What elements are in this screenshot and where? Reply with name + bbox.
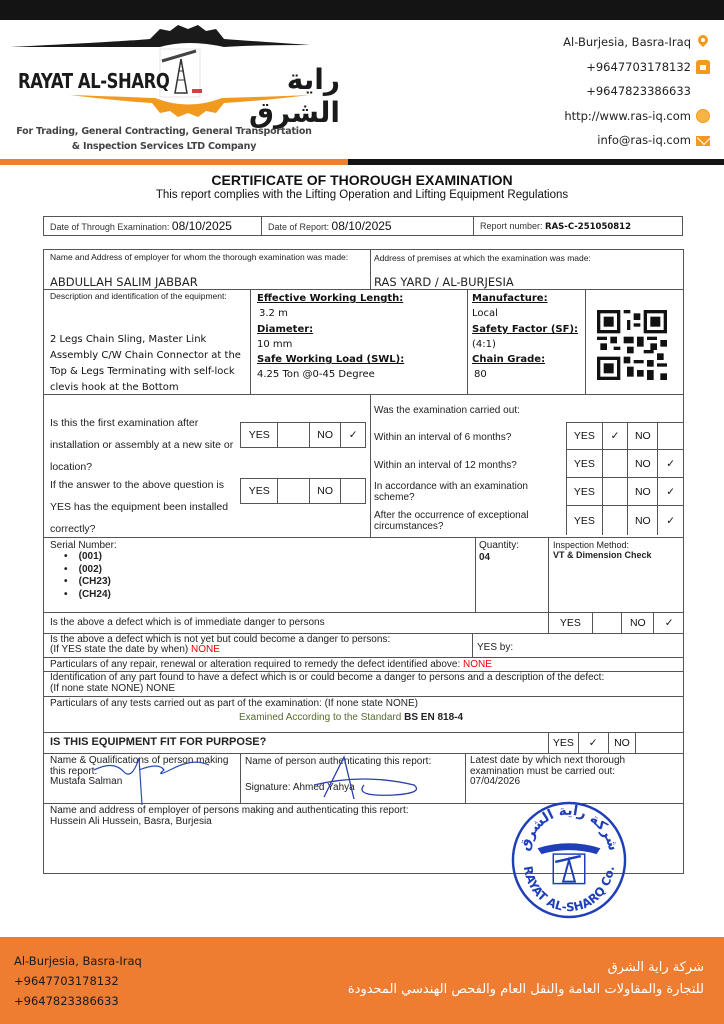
contact-address: Al-Burjesia, Basra-Iraq [563, 30, 710, 55]
question-installed-correctly: If the answer to the above question is Y… [50, 474, 240, 540]
next-exam-date: 07/04/2026 [470, 777, 670, 788]
identification-value: (If none state NONE) NONE [50, 684, 604, 695]
top-dark-bar [0, 0, 724, 20]
mail-icon [696, 136, 710, 146]
blank-icon-slot [696, 84, 710, 98]
company-logo: RAYAT AL-SHARQ راية الشرق [10, 25, 340, 135]
serial-item: • (CH24) [64, 589, 111, 602]
footer-arabic-name: شركة راية الشرق [348, 957, 704, 979]
chain-grade-label: Chain Grade: [472, 354, 545, 365]
report-date-value: 08/10/2025 [332, 219, 392, 233]
premises-value: RAS YARD / AL-BURJESIA [374, 277, 514, 288]
contact-phone-2-text[interactable]: +9647823386633 [586, 84, 691, 98]
location-pin-icon [696, 35, 710, 49]
immediate-yes-checkbox[interactable] [593, 612, 623, 633]
equipment-desc-label: Description and identification of the eq… [50, 292, 240, 301]
tests-value: Examined According to the Standard BS EN… [239, 712, 463, 723]
diameter-value: 10 mm [257, 339, 292, 350]
fit-no-checkbox[interactable] [636, 732, 684, 753]
contact-email[interactable]: info@ras-iq.com [563, 128, 710, 153]
page-footer: Al-Burjesia, Basra-Iraq +9647703178132 +… [0, 937, 724, 1024]
contact-phone-2[interactable]: +9647823386633 [563, 79, 710, 104]
no-label: NO [628, 423, 658, 449]
fit-yes-checkbox[interactable]: ✓ [579, 732, 609, 753]
yes-label: YES [549, 732, 579, 753]
serial-number-label: Serial Number: [50, 540, 117, 551]
tests-standard: BS EN 818-4 [404, 712, 463, 723]
serial-item: • (CH23) [64, 576, 111, 589]
identification-text: Identification of any part found to have… [50, 673, 604, 694]
swl-label: Safe Working Load (SWL): [257, 354, 404, 365]
yes-by-label: YES by: [477, 642, 513, 653]
footer-phone-2[interactable]: +9647823386633 [14, 991, 142, 1011]
footer-arabic-tagline: للتجارة والمقاولات العامة والنقل العام و… [348, 979, 704, 1001]
immediate-no-checkbox[interactable]: ✓ [654, 612, 684, 633]
twelve-months-yes-no[interactable]: YES NO ✓ [567, 450, 684, 478]
employer-label: Name and Address of employer for whom th… [50, 253, 360, 262]
fit-for-purpose-label: IS THIS EQUIPMENT FIT FOR PURPOSE? [50, 737, 266, 748]
yes-label: YES [567, 450, 603, 477]
header-divider [0, 159, 724, 165]
exceptional-yes-no[interactable]: YES NO ✓ [567, 506, 684, 535]
fit-for-purpose-yes-no[interactable]: YES ✓ NO [548, 732, 684, 753]
contact-phone-1-text[interactable]: +9647703178132 [586, 60, 691, 74]
repair-text: Particulars of any repair, renewal or al… [50, 659, 492, 670]
exam-date-value: 08/10/2025 [172, 219, 232, 233]
quantity-label: Quantity: [479, 540, 519, 551]
future-danger-value: NONE [191, 644, 220, 655]
question-12-months: Within an interval of 12 months? [374, 460, 517, 471]
footer-arabic: شركة راية الشرق للتجارة والمقاولات العام… [348, 957, 704, 1001]
twelve-months-no-checkbox[interactable]: ✓ [658, 450, 683, 477]
report-number-label: Report number: [480, 221, 543, 231]
serial-item: • (001) [64, 551, 111, 564]
six-months-yes-no[interactable]: YES ✓ NO [567, 422, 684, 450]
manufacture-label: Manufacture: [472, 293, 548, 304]
equipment-desc-value: 2 Legs Chain Sling, Master Link Assembly… [50, 332, 250, 396]
no-label: NO [310, 479, 342, 503]
qr-code[interactable] [597, 310, 667, 380]
question-exceptional: After the occurrence of exceptional circ… [374, 510, 554, 532]
chain-grade-value: 80 [474, 369, 487, 380]
question-first-exam: Is this the first examination after inst… [50, 412, 240, 478]
manufacture-value: Local [472, 308, 498, 319]
no-label: NO [310, 423, 342, 447]
six-months-yes-checkbox[interactable]: ✓ [603, 423, 629, 449]
diameter-label: Diameter: [257, 324, 313, 335]
repair-value: NONE [463, 659, 492, 670]
exam-date-label: Date of Through Examination: [50, 222, 169, 232]
yes-label: YES [567, 478, 603, 505]
installed-no-checkbox[interactable] [341, 479, 365, 503]
yes-label: YES [241, 423, 278, 447]
tests-label: Particulars of any tests carried out as … [50, 698, 418, 709]
exam-date-cell: Date of Through Examination: 08/10/2025 [44, 217, 262, 236]
ewl-value: 3.2 m [259, 308, 288, 319]
safety-factor-value: (4:1) [472, 339, 496, 350]
premises-label: Address of premises at which the examina… [374, 253, 591, 264]
contact-website-link[interactable]: http://www.ras-iq.com [564, 109, 691, 123]
tests-value-prefix: Examined According to the Standard [239, 712, 401, 723]
employer-persons-text: Name and address of employer of persons … [50, 806, 409, 827]
tagline-line-2: & Inspection Services LTD Company [14, 139, 314, 154]
contact-email-link[interactable]: info@ras-iq.com [597, 133, 691, 147]
company-name-en: RAYAT AL-SHARQ [18, 69, 169, 93]
swl-value: 4.25 Ton @0-45 Degree [257, 369, 375, 380]
immediate-danger-yes-no[interactable]: YES NO ✓ [548, 612, 684, 633]
installed-yes-checkbox[interactable] [278, 479, 310, 503]
first-exam-yes-no[interactable]: YES NO ✓ [240, 422, 366, 448]
future-danger-text: Is the above a defect which is not yet b… [50, 635, 390, 655]
phone-icon [696, 60, 710, 74]
scheme-yes-checkbox[interactable] [603, 478, 629, 505]
first-exam-no-checkbox[interactable]: ✓ [341, 423, 365, 447]
certificate-subtitle: This report complies with the Lifting Op… [0, 189, 724, 201]
footer-address: Al-Burjesia, Basra-Iraq [14, 951, 142, 971]
company-name-ar: راية الشرق [215, 63, 340, 129]
contact-phone-1[interactable]: +9647703178132 [563, 55, 710, 80]
employer-persons-label: Name and address of employer of persons … [50, 806, 409, 817]
yes-label: YES [567, 423, 603, 449]
scheme-no-checkbox[interactable]: ✓ [658, 478, 683, 505]
company-stamp: شركة راية الشرق RAYAT AL-SHARQ Co. [510, 800, 628, 920]
next-exam-label: Latest date by which next thorough exami… [470, 756, 670, 777]
auth-signature [304, 755, 444, 805]
certificate-title: CERTIFICATE OF THOROUGH EXAMINATION [0, 172, 724, 188]
first-exam-yes-checkbox[interactable] [278, 423, 310, 447]
yes-label: YES [567, 506, 603, 535]
exam-carried-out-header: Was the examination carried out: [374, 405, 520, 416]
footer-contacts: Al-Burjesia, Basra-Iraq +9647703178132 +… [14, 951, 142, 1011]
contact-website[interactable]: http://www.ras-iq.com [563, 104, 710, 129]
identification-label: Identification of any part found to have… [50, 673, 604, 684]
installed-yes-no[interactable]: YES NO [240, 478, 366, 504]
serial-number-list: • (001) • (002) • (CH23) • (CH24) [64, 551, 111, 601]
no-label: NO [628, 450, 658, 477]
future-danger-sub: (If YES state the date by when) [50, 644, 188, 655]
employer-value: ABDULLAH SALIM JABBAR [50, 277, 198, 288]
inspection-method-value: VT & Dimension Check [553, 550, 652, 561]
date-row-table: Date of Through Examination: 08/10/2025 … [43, 216, 683, 236]
globe-icon [696, 109, 710, 123]
no-label: NO [609, 732, 637, 753]
yes-label: YES [241, 479, 278, 503]
no-label: NO [622, 612, 654, 633]
report-number-value: RAS-C-251050812 [545, 222, 631, 232]
twelve-months-yes-checkbox[interactable] [603, 450, 629, 477]
employer-persons-value: Hussein Ali Hussein, Basra, Burjesia [50, 817, 409, 828]
examination-form: Name and Address of employer for whom th… [43, 249, 684, 874]
right-yes-no-grid: YES ✓ NO YES NO ✓ YES NO ✓ YES NO ✓ [566, 422, 684, 535]
exceptional-no-checkbox[interactable]: ✓ [658, 506, 683, 535]
contact-address-text: Al-Burjesia, Basra-Iraq [563, 35, 691, 49]
no-label: NO [628, 478, 658, 505]
yes-label: YES [549, 612, 593, 633]
six-months-no-checkbox[interactable] [658, 423, 683, 449]
ewl-label: Effective Working Length: [257, 293, 403, 304]
next-exam-text: Latest date by which next thorough exami… [470, 756, 670, 788]
question-6-months: Within an interval of 6 months? [374, 432, 511, 443]
quantity-value: 04 [479, 552, 490, 563]
exceptional-yes-checkbox[interactable] [603, 506, 629, 535]
serial-item: • (002) [64, 564, 111, 577]
report-date-label: Date of Report: [268, 222, 329, 232]
scheme-yes-no[interactable]: YES NO ✓ [567, 478, 684, 506]
report-date-cell: Date of Report: 08/10/2025 [262, 217, 474, 236]
immediate-danger-label: Is the above a defect which is of immedi… [50, 617, 325, 628]
repair-label: Particulars of any repair, renewal or al… [50, 659, 460, 670]
footer-phone-1[interactable]: +9647703178132 [14, 971, 142, 991]
safety-factor-label: Safety Factor (SF): [472, 324, 578, 335]
contact-block: Al-Burjesia, Basra-Iraq +9647703178132 +… [563, 30, 710, 153]
company-tagline: For Trading, General Contracting, Genera… [14, 124, 314, 154]
question-exam-scheme: In accordance with an examination scheme… [374, 481, 554, 503]
maker-signature [84, 750, 214, 810]
tagline-line-1: For Trading, General Contracting, Genera… [14, 124, 314, 139]
report-number-cell: Report number: RAS-C-251050812 [474, 217, 683, 236]
no-label: NO [628, 506, 658, 535]
